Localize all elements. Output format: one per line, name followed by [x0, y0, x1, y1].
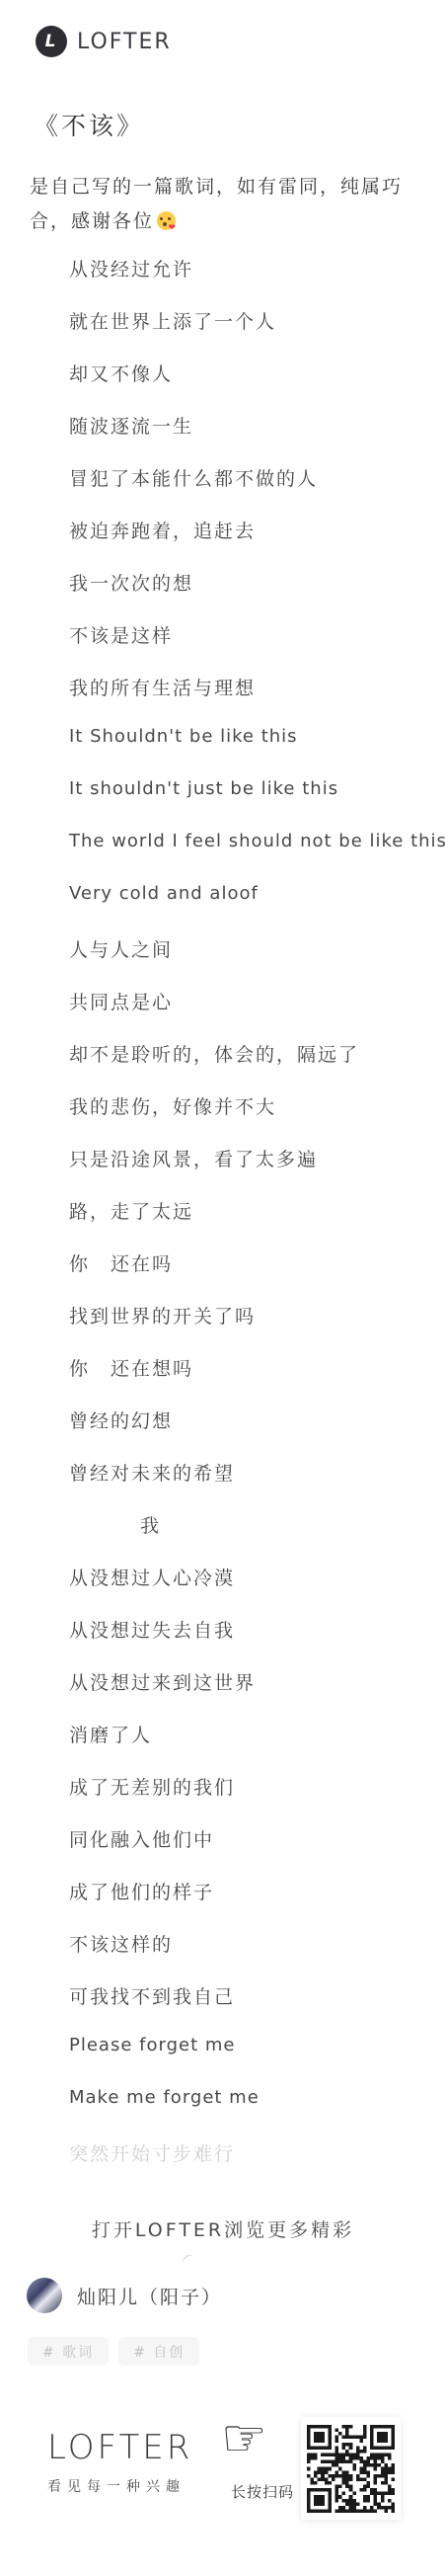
lyric-line: 成了他们的样子 [0, 1878, 446, 1930]
lyric-line: 不该这样的 [0, 1930, 446, 1982]
app-brand[interactable]: L LOFTER [36, 26, 172, 57]
brand-name: LOFTER [77, 30, 172, 54]
lyric-line: 突然开始寸步难行 [0, 2139, 446, 2192]
lyric-line: 共同点是心 [0, 988, 446, 1040]
open-lofter-prompt[interactable]: 打开LOFTER浏览更多精彩 [0, 2215, 446, 2242]
lyrics: 从没经过允许就在世界上添了一个人却又不像人随波逐流一生冒犯了本能什么都不做的人被… [0, 255, 446, 2192]
lyric-line: Please forget me [0, 2035, 446, 2087]
lyric-line: The world I feel should not be like this [0, 831, 446, 883]
post-title: 《不该》 [34, 107, 144, 142]
lyric-line: 我的悲伤，好像并不大 [0, 1092, 446, 1145]
lyric-line: 你 还在想吗 [0, 1354, 446, 1407]
lyric-line: 消磨了人 [0, 1721, 446, 1773]
tag-original[interactable]: # 自创 [118, 2337, 199, 2366]
lyric-line: 从没想过失去自我 [0, 1616, 446, 1668]
lyric-line: Very cold and aloof [0, 883, 446, 935]
avatar[interactable] [27, 2278, 62, 2313]
footer-brand: LOFTER [47, 2428, 192, 2467]
lyric-line: 可我找不到我自己 [0, 1982, 446, 2035]
lyric-line: 随波逐流一生 [0, 412, 446, 464]
lyric-line: 却又不像人 [0, 360, 446, 412]
lyric-line: 找到世界的开关了吗 [0, 1302, 446, 1354]
lyric-line: 却不是聆听的，体会的，隔远了 [0, 1040, 446, 1092]
lyric-line: 你 还在吗 [0, 1249, 446, 1302]
tag-lyrics[interactable]: # 歌词 [28, 2337, 109, 2366]
author-name[interactable]: 灿阳儿（阳子） [77, 2283, 222, 2309]
lofter-logo-icon: L [36, 26, 67, 57]
lyric-line: 曾经的幻想 [0, 1407, 446, 1459]
lyric-line: It shouldn't just be like this [0, 778, 446, 831]
lyric-line: 只是沿途风景，看了太多遍 [0, 1145, 446, 1197]
author-row[interactable]: 灿阳儿（阳子） [27, 2278, 222, 2313]
lyric-line: 我 [0, 1511, 446, 1564]
lyric-line: 不该是这样 [0, 621, 446, 674]
lyric-line: 人与人之间 [0, 935, 446, 988]
lyric-line: 被迫奔跑着，追赶去 [0, 517, 446, 569]
tags-row: # 歌词 # 自创 [28, 2337, 199, 2366]
lyric-line: 成了无差别的我们 [0, 1773, 446, 1825]
lyric-line: 冒犯了本能什么都不做的人 [0, 464, 446, 517]
footer-tagline: 看见每一种兴趣 [47, 2476, 186, 2496]
lyric-line: 从没想过人心冷漠 [0, 1564, 446, 1616]
lyric-line: 同化融入他们中 [0, 1825, 446, 1878]
lyric-line: 我一次次的想 [0, 569, 446, 621]
pointing-hand-icon: ☞ [221, 2413, 267, 2464]
intro-text: 是自己写的一篇歌词，如有雷同，纯属巧合，感谢各位 [30, 176, 403, 232]
lyric-line: 我的所有生活与理想 [0, 674, 446, 726]
post-intro: 是自己写的一篇歌词，如有雷同，纯属巧合，感谢各位❤ [30, 170, 424, 239]
lyric-line: 从没想过来到这世界 [0, 1668, 446, 1721]
lyric-line: 从没经过允许 [0, 255, 446, 307]
divider-flourish [181, 2252, 196, 2267]
scan-hint: 长按扫码 [231, 2481, 294, 2502]
lyric-line: 就在世界上添了一个人 [0, 307, 446, 360]
lyric-line: 路，走了太远 [0, 1197, 446, 1249]
lyric-line: 曾经对未来的希望 [0, 1459, 446, 1511]
lyric-line: It Shouldn't be like this [0, 726, 446, 778]
qr-code[interactable] [301, 2417, 401, 2520]
kiss-emoji: ❤ [157, 211, 176, 230]
lyric-line: Make me forget me [0, 2087, 446, 2139]
